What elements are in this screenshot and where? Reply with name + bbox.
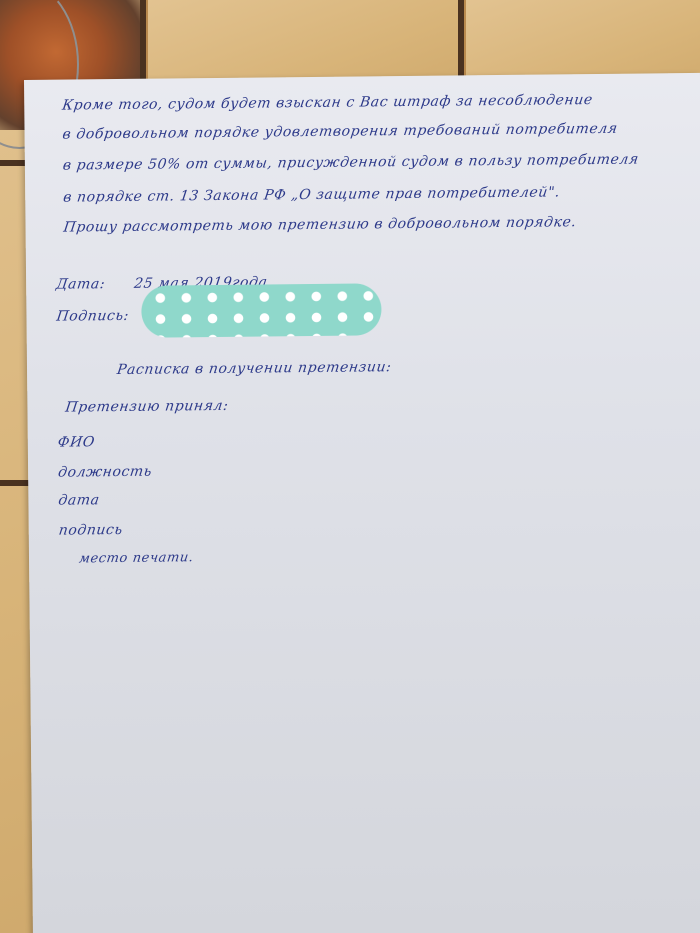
paragraph-line: в размере 50% от суммы, присужденной суд… (62, 152, 640, 174)
receipt-field-position: должность (57, 464, 153, 481)
paragraph-line: Кроме того, судом будет взыскан с Вас шт… (61, 92, 594, 114)
receipt-title: Расписка в получении претензии: (116, 359, 393, 378)
tile-grout (0, 480, 30, 486)
signature-label: Подпись: (55, 308, 130, 325)
receipt-field-fio: ФИО (57, 434, 96, 450)
accepted-by-label: Претензию принял: (64, 398, 229, 416)
receipt-field-signature: подпись (58, 522, 124, 539)
paragraph-line: в добровольном порядке удовлетворения тр… (62, 121, 619, 143)
date-label: Дата: (55, 276, 106, 293)
handwritten-letter-page: Кроме того, судом будет взыскан с Вас шт… (24, 73, 700, 933)
paragraph-line: Прошу рассмотреть мою претензию в добров… (63, 214, 578, 235)
signature-redaction (141, 283, 382, 338)
receipt-field-date: дата (57, 492, 100, 508)
paragraph-line: в порядке ст. 13 Закона РФ „О защите пра… (62, 184, 561, 205)
receipt-field-stamp: место печати. (78, 550, 195, 566)
